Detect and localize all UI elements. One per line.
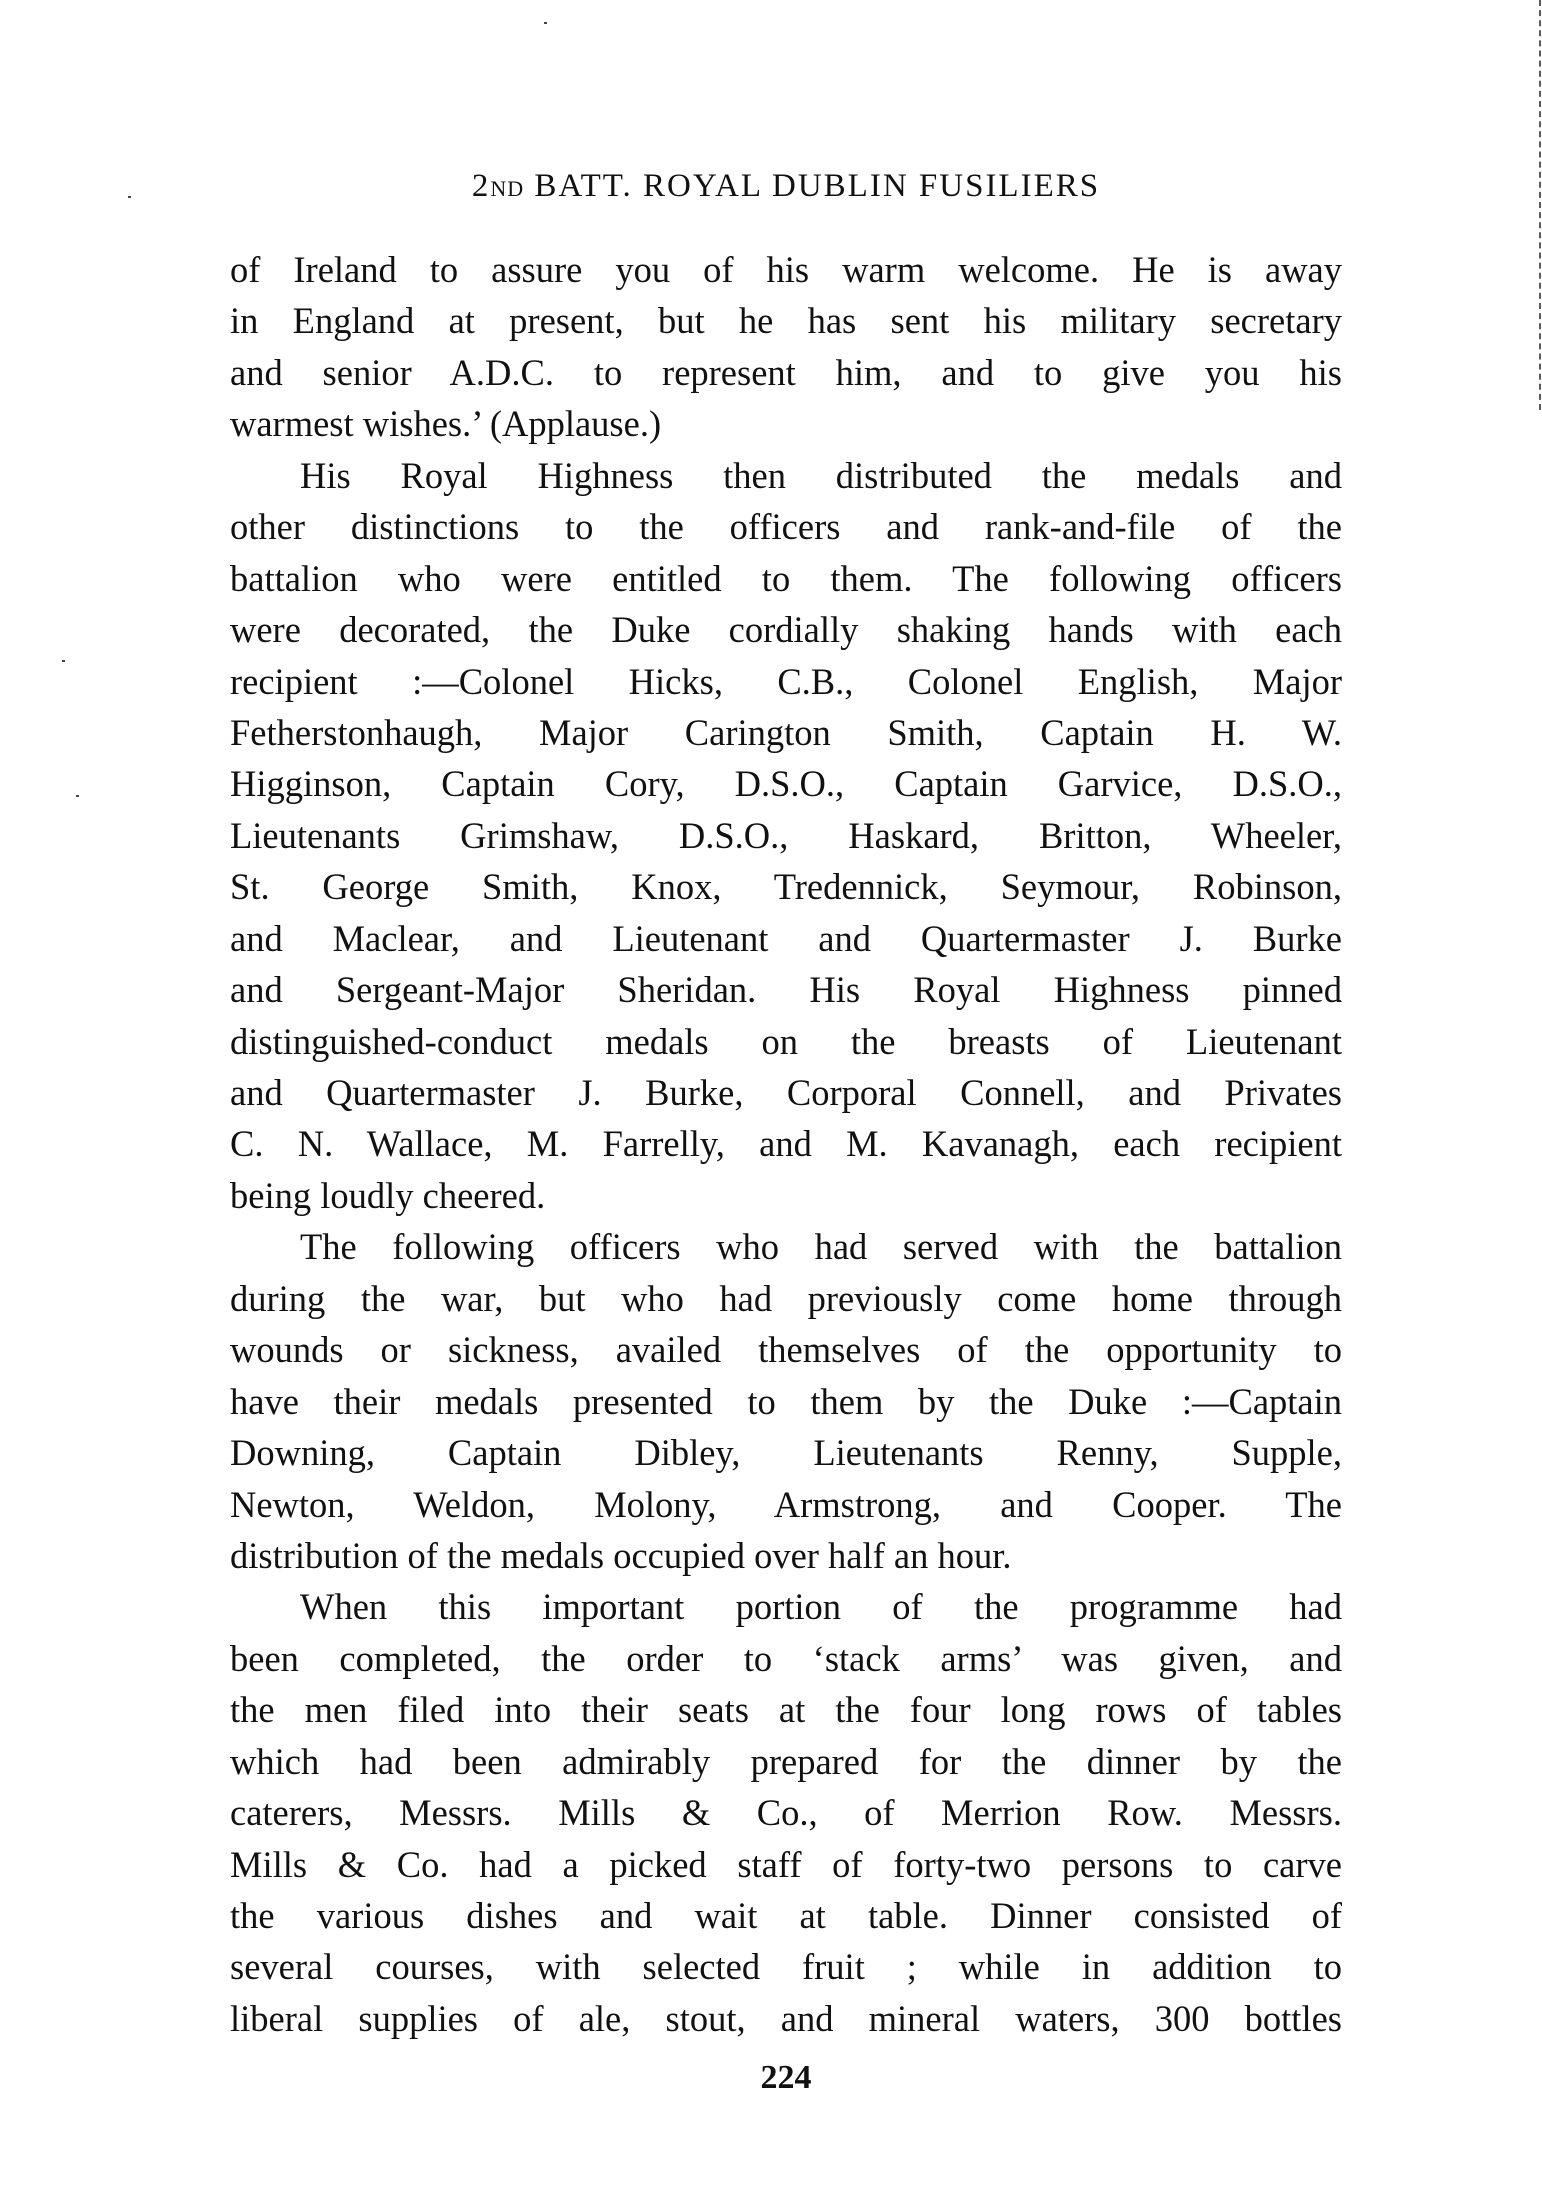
- page-number: 224: [230, 2058, 1342, 2098]
- scan-speck: [544, 22, 547, 24]
- text-line: battalion who were entitled to them. The…: [230, 553, 1342, 604]
- text-line: which had been admirably prepared for th…: [230, 1736, 1342, 1787]
- text-line: and senior A.D.C. to represent him, and …: [230, 347, 1342, 398]
- text-line: and Quartermaster J. Burke, Corporal Con…: [230, 1067, 1342, 1118]
- text-line: the various dishes and wait at table. Di…: [230, 1890, 1342, 1941]
- text-line: of Ireland to assure you of his warm wel…: [230, 244, 1342, 295]
- text-line: liberal supplies of ale, stout, and mine…: [230, 1993, 1342, 2044]
- text-line: Lieutenants Grimshaw, D.S.O., Haskard, B…: [230, 810, 1342, 861]
- text-line: His Royal Highness then distributed the …: [230, 450, 1342, 501]
- paragraph-dinner: When this important portion of the progr…: [230, 1581, 1342, 2044]
- text-line: several courses, with selected fruit ; w…: [230, 1941, 1342, 1992]
- text-line: Newton, Weldon, Molony, Armstrong, and C…: [230, 1479, 1342, 1530]
- text-line: Higginson, Captain Cory, D.S.O., Captain…: [230, 758, 1342, 809]
- running-head-ordinal-number: 2: [472, 168, 491, 204]
- text-line: Fetherstonhaugh, Major Carington Smith, …: [230, 707, 1342, 758]
- text-line: distinguished-conduct medals on the brea…: [230, 1016, 1342, 1067]
- scan-speck: [128, 196, 131, 198]
- text-line: caterers, Messrs. Mills & Co., of Merrio…: [230, 1787, 1342, 1838]
- paragraph-continuation: of Ireland to assure you of his warm wel…: [230, 244, 1342, 450]
- text-line: C. N. Wallace, M. Farrelly, and M. Kavan…: [230, 1118, 1342, 1169]
- running-head-ordinal: 2ND: [472, 168, 524, 204]
- scan-speck: [62, 660, 65, 662]
- text-line: Downing, Captain Dibley, Lieutenants Ren…: [230, 1427, 1342, 1478]
- text-line: being loudly cheered.: [230, 1170, 1342, 1221]
- text-line: distribution of the medals occupied over…: [230, 1530, 1342, 1581]
- text-line: been completed, the order to ‘stack arms…: [230, 1633, 1342, 1684]
- text-line: St. George Smith, Knox, Tredennick, Seym…: [230, 861, 1342, 912]
- text-line: were decorated, the Duke cordially shaki…: [230, 604, 1342, 655]
- running-head-title: BATT. ROYAL DUBLIN FUSILIERS: [534, 168, 1100, 204]
- text-line: When this important portion of the progr…: [230, 1581, 1342, 1632]
- body-text: of Ireland to assure you of his warm wel…: [230, 244, 1342, 2044]
- text-line: warmest wishes.’ (Applause.): [230, 398, 1342, 449]
- text-line: and Maclear, and Lieutenant and Quarterm…: [230, 913, 1342, 964]
- running-head: 2ND BATT. ROYAL DUBLIN FUSILIERS: [230, 166, 1342, 209]
- text-line: other distinctions to the officers and r…: [230, 501, 1342, 552]
- scan-speck: [76, 795, 79, 797]
- text-line: wounds or sickness, availed themselves o…: [230, 1324, 1342, 1375]
- text-line: Mills & Co. had a picked staff of forty-…: [230, 1839, 1342, 1890]
- running-head-ordinal-suffix: ND: [490, 176, 524, 201]
- text-line: and Sergeant-Major Sheridan. His Royal H…: [230, 964, 1342, 1015]
- text-line: the men filed into their seats at the fo…: [230, 1684, 1342, 1735]
- paragraph-medal-distribution: His Royal Highness then distributed the …: [230, 450, 1342, 1222]
- text-line: The following officers who had served wi…: [230, 1221, 1342, 1272]
- text-line: during the war, but who had previously c…: [230, 1273, 1342, 1324]
- paragraph-earlier-officers: The following officers who had served wi…: [230, 1221, 1342, 1581]
- text-line: have their medals presented to them by t…: [230, 1376, 1342, 1427]
- text-line: recipient :—Colonel Hicks, C.B., Colonel…: [230, 656, 1342, 707]
- text-line: in England at present, but he has sent h…: [230, 295, 1342, 346]
